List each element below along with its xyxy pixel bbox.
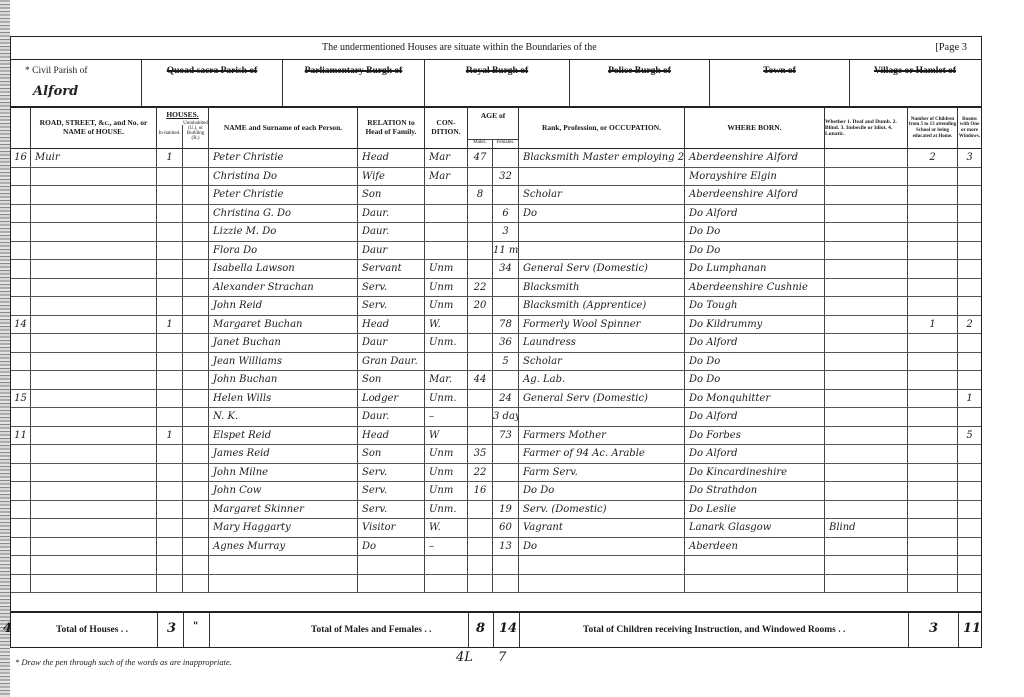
cell-relation: Visitor [358,519,425,537]
col-name-label: NAME and Surname of each Person. [224,124,342,133]
cell-uninhabited [183,168,209,186]
cell-schedule [11,297,31,315]
cell-road [31,223,157,241]
cell-age-male [468,353,493,371]
cell-occupation [519,168,685,186]
cell-condition [425,205,468,223]
cell-road [31,334,157,352]
cell-age-female: 11 mo [493,242,519,260]
boundary-police-burgh: Police Burgh of [570,60,710,106]
cell-inhabited [157,168,183,186]
cell-where-born: Do Kincardineshire [685,464,825,482]
col-occupation-label: Rank, Profession, or OCCUPATION. [542,124,661,133]
cell-condition [425,575,468,593]
cell-infirmity [825,501,908,519]
cell-infirmity [825,279,908,297]
cell-age-female [493,297,519,315]
cell-uninhabited [183,519,209,537]
scan-edge [0,0,10,697]
cell-age-male: 44 [468,371,493,389]
cell-where-born: Do Lumphanan [685,260,825,278]
census-sheet: The undermentioned Houses are situate wi… [10,36,982,648]
cell-schedule [11,260,31,278]
cell-name: Agnes Murray [209,538,358,556]
cell-relation: Daur [358,334,425,352]
cell-relation [358,575,425,593]
cell-rooms [958,334,981,352]
cell-age-male: 16 [468,482,493,500]
cell-children [908,223,958,241]
cell-rooms: 1 [958,390,981,408]
cell-name: John Buchan [209,371,358,389]
cell-rooms [958,408,981,426]
cell-inhabited [157,408,183,426]
cell-age-male [468,334,493,352]
cell-inhabited [157,223,183,241]
total-persons-label: Total of Males and Females . . [311,625,432,635]
col-infirmity-label: Whether 1. Deaf and Dumb. 2. Blind. 3. I… [825,119,907,138]
cell-condition: Unm. [425,334,468,352]
cell-road [31,464,157,482]
cell-name: Lizzie M. Do [209,223,358,241]
col-children: Number of Children from 5 to 13 attendin… [908,108,958,149]
cell-occupation: Blacksmith (Apprentice) [519,297,685,315]
col-where-born-label: WHERE BORN. [727,124,781,133]
cell-infirmity [825,464,908,482]
total-houses-inhabited: 3 [167,621,176,636]
cell-relation: Serv. [358,464,425,482]
cell-inhabited [157,556,183,574]
table-row: Flora DoDaur11 moDo Do [11,242,981,261]
col-age-females: Females. [493,139,519,149]
cell-uninhabited [183,371,209,389]
cell-condition [425,186,468,204]
cell-inhabited [157,260,183,278]
sheet-title: The undermentioned Houses are situate wi… [322,42,597,53]
cell-uninhabited [183,223,209,241]
cell-where-born: Do Kildrummy [685,316,825,334]
cell-schedule: 16 [11,149,31,167]
cell-rooms: 5 [958,427,981,445]
boundary-village: Village or Hamlet of [850,60,980,106]
total-children-label: Total of Children receiving Instruction,… [583,625,845,635]
cell-where-born: Aberdeenshire Alford [685,186,825,204]
cell-relation: Servant [358,260,425,278]
cell-relation: Do [358,538,425,556]
cell-relation: Daur. [358,205,425,223]
cell-rooms [958,260,981,278]
cell-infirmity [825,186,908,204]
col-rooms: Rooms with One or more Windows. [958,108,981,149]
cell-road [31,260,157,278]
cell-schedule [11,501,31,519]
tally-mark: 7 [498,650,506,665]
cell-infirmity [825,353,908,371]
cell-infirmity [825,445,908,463]
boundary-label: Village or Hamlet of [850,66,980,76]
cell-road: Muir [31,149,157,167]
divider [209,613,210,647]
cell-rooms [958,279,981,297]
cell-relation: Wife [358,168,425,186]
cell-rooms [958,353,981,371]
cell-road [31,575,157,593]
cell-name: James Reid [209,445,358,463]
boundary-civil-parish: * Civil Parish of Alford [11,60,142,106]
cell-uninhabited [183,427,209,445]
cell-children [908,353,958,371]
total-houses-uninhabited: " [193,621,198,632]
cell-occupation [519,408,685,426]
cell-occupation: Blacksmith Master employing 2 men [519,149,685,167]
total-margin-count: 4 [3,621,12,636]
cell-inhabited [157,334,183,352]
cell-name [209,575,358,593]
divider [908,613,909,647]
cell-rooms [958,501,981,519]
cell-occupation: Farm Serv. [519,464,685,482]
cell-age-female: 73 [493,427,519,445]
cell-schedule [11,482,31,500]
cell-relation: Daur. [358,408,425,426]
boundary-town: Town of [710,60,850,106]
cell-where-born: Do Monquhitter [685,390,825,408]
cell-schedule [11,519,31,537]
cell-children [908,519,958,537]
cell-occupation [519,242,685,260]
cell-where-born: Aberdeen [685,538,825,556]
cell-age-female: 3 days [493,408,519,426]
table-row: Isabella LawsonServantUnm34General Serv … [11,260,981,279]
cell-age-male [468,260,493,278]
cell-condition: Mar [425,168,468,186]
cell-where-born: Do Leslie [685,501,825,519]
cell-infirmity [825,575,908,593]
cell-condition [425,556,468,574]
cell-where-born: Aberdeenshire Cushnie [685,279,825,297]
cell-age-male [468,168,493,186]
cell-name: Christina G. Do [209,205,358,223]
cell-infirmity [825,149,908,167]
cell-infirmity [825,260,908,278]
cell-age-female: 13 [493,538,519,556]
cell-name: John Cow [209,482,358,500]
cell-where-born [685,556,825,574]
totals-row: 4 Total of Houses . . 3 " Total of Males… [11,611,981,647]
boundary-label: Town of [710,66,849,76]
cell-name [209,556,358,574]
cell-infirmity [825,556,908,574]
tally-mark: 4L [456,650,473,665]
cell-relation: Serv. [358,482,425,500]
col-road: ROAD, STREET, &c., and No. or NAME of HO… [31,108,157,149]
cell-condition: Unm. [425,501,468,519]
cell-infirmity [825,297,908,315]
cell-where-born: Morayshire Elgin [685,168,825,186]
total-children: 3 [929,621,938,636]
cell-children [908,371,958,389]
cell-infirmity [825,316,908,334]
cell-rooms [958,242,981,260]
cell-where-born: Do Alford [685,205,825,223]
cell-inhabited: 1 [157,316,183,334]
cell-condition: W [425,427,468,445]
cell-age-male: 22 [468,464,493,482]
cell-infirmity [825,205,908,223]
cell-inhabited [157,464,183,482]
boundary-label: Royal Burgh of [425,66,569,76]
cell-rooms [958,205,981,223]
cell-age-female: 32 [493,168,519,186]
cell-age-male [468,205,493,223]
col-infirmity: Whether 1. Deaf and Dumb. 2. Blind. 3. I… [825,108,908,149]
cell-condition: Unm [425,279,468,297]
cell-inhabited [157,242,183,260]
cell-rooms [958,575,981,593]
cell-road [31,538,157,556]
cell-uninhabited [183,205,209,223]
cell-age-male [468,427,493,445]
cell-uninhabited [183,353,209,371]
cell-where-born: Do Strathdon [685,482,825,500]
cell-condition: Unm. [425,390,468,408]
cell-occupation: Do [519,205,685,223]
cell-age-male: 35 [468,445,493,463]
cell-infirmity [825,334,908,352]
divider [519,613,520,647]
cell-schedule: 11 [11,427,31,445]
col-relation: RELATION to Head of Family. [358,108,425,149]
cell-inhabited [157,205,183,223]
cell-road [31,297,157,315]
cell-occupation: Scholar [519,186,685,204]
table-row: 16Muir1Peter ChristieHeadMar47Blacksmith… [11,149,981,168]
cell-children [908,482,958,500]
cell-name: Margaret Buchan [209,316,358,334]
cell-where-born: Do Forbes [685,427,825,445]
col-houses-inhabited: In-habited. [157,125,183,149]
cell-uninhabited [183,297,209,315]
cell-where-born: Aberdeenshire Alford [685,149,825,167]
cell-name: Alexander Strachan [209,279,358,297]
cell-infirmity [825,408,908,426]
cell-uninhabited [183,464,209,482]
cell-uninhabited [183,556,209,574]
cell-rooms [958,464,981,482]
page-number: [Page 3 [935,42,967,53]
cell-occupation: Blacksmith [519,279,685,297]
cell-condition: Unm [425,445,468,463]
cell-children [908,575,958,593]
cell-children [908,297,958,315]
cell-name: Isabella Lawson [209,260,358,278]
cell-age-female [493,482,519,500]
cell-children [908,390,958,408]
cell-road [31,316,157,334]
cell-age-female [493,575,519,593]
cell-occupation [519,223,685,241]
boundary-label: Quoad sacra Parish of [142,66,282,76]
table-row: John MilneServ.Unm22Farm Serv.Do Kincard… [11,464,981,483]
cell-uninhabited [183,482,209,500]
cell-schedule [11,205,31,223]
cell-rooms [958,371,981,389]
cell-children [908,260,958,278]
footnote: * Draw the pen through such of the words… [15,657,232,667]
cell-where-born: Do Do [685,242,825,260]
cell-occupation: Ag. Lab. [519,371,685,389]
col-where-born: WHERE BORN. [685,108,825,149]
cell-where-born: Do Alford [685,445,825,463]
cell-where-born: Lanark Glasgow [685,519,825,537]
cell-condition [425,353,468,371]
cell-name: Jean Williams [209,353,358,371]
cell-name: Christina Do [209,168,358,186]
cell-name: Janet Buchan [209,334,358,352]
cell-occupation: Formerly Wool Spinner [519,316,685,334]
cell-name: Margaret Skinner [209,501,358,519]
cell-name: Flora Do [209,242,358,260]
boundary-label: * Civil Parish of [25,66,141,76]
cell-road [31,353,157,371]
cell-age-female: 60 [493,519,519,537]
table-row: Agnes MurrayDo–13DoAberdeen [11,538,981,557]
cell-where-born: Do Do [685,371,825,389]
cell-age-female: 3 [493,223,519,241]
cell-age-female: 78 [493,316,519,334]
cell-age-female: 5 [493,353,519,371]
table-row: John BuchanSonMar.44Ag. Lab.Do Do [11,371,981,390]
cell-road [31,168,157,186]
cell-age-female: 19 [493,501,519,519]
cell-age-female [493,464,519,482]
total-females: 14 [499,621,517,636]
cell-name: Helen Wills [209,390,358,408]
cell-schedule [11,371,31,389]
cell-road [31,186,157,204]
cell-name: John Milne [209,464,358,482]
cell-children [908,334,958,352]
cell-uninhabited [183,260,209,278]
col-age-males: Males. [468,139,493,149]
cell-children [908,186,958,204]
cell-infirmity [825,168,908,186]
boundary-quoad-sacra: Quoad sacra Parish of [142,60,283,106]
cell-occupation: Do Do [519,482,685,500]
cell-age-male [468,501,493,519]
cell-rooms [958,538,981,556]
total-males: 8 [476,621,485,636]
cell-schedule: 15 [11,390,31,408]
table-row: Alexander StrachanServ.Unm22BlacksmithAb… [11,279,981,298]
cell-inhabited [157,575,183,593]
cell-age-male [468,316,493,334]
cell-rooms [958,445,981,463]
col-relation-label: RELATION to Head of Family. [358,119,424,136]
table-row: Peter ChristieSon8ScholarAberdeenshire A… [11,186,981,205]
col-schedule [11,108,31,149]
cell-inhabited: 1 [157,427,183,445]
cell-rooms [958,297,981,315]
cell-name: Peter Christie [209,149,358,167]
cell-relation: Gran Daur. [358,353,425,371]
cell-where-born: Do Tough [685,297,825,315]
col-road-label: ROAD, STREET, &c., and No. or NAME of HO… [31,119,156,136]
boundary-royal-burgh: Royal Burgh of [425,60,570,106]
cell-inhabited [157,353,183,371]
cell-infirmity: Blind [825,519,908,537]
cell-inhabited [157,501,183,519]
cell-children [908,427,958,445]
cell-infirmity [825,538,908,556]
cell-schedule [11,538,31,556]
cell-name: Elspet Reid [209,427,358,445]
cell-condition [425,223,468,241]
table-row: Janet BuchanDaurUnm.36LaundressDo Alford [11,334,981,353]
cell-where-born: Do Alford [685,408,825,426]
cell-schedule [11,556,31,574]
cell-age-male [468,242,493,260]
cell-name: John Reid [209,297,358,315]
cell-uninhabited [183,538,209,556]
cell-inhabited [157,538,183,556]
cell-occupation: Vagrant [519,519,685,537]
cell-occupation: General Serv (Domestic) [519,390,685,408]
cell-where-born: Do Do [685,353,825,371]
cell-age-male: 20 [468,297,493,315]
cell-children [908,205,958,223]
cell-schedule [11,168,31,186]
cell-uninhabited [183,279,209,297]
cell-occupation: Laundress [519,334,685,352]
divider [468,613,469,647]
cell-age-female: 34 [493,260,519,278]
cell-road [31,371,157,389]
cell-inhabited [157,297,183,315]
col-houses-uninhabited: Uninhabited (U.), or Building (B.) [183,121,209,149]
cell-age-male [468,575,493,593]
cell-schedule [11,575,31,593]
cell-occupation: Scholar [519,353,685,371]
col-children-label: Number of Children from 5 to 13 attendin… [908,117,957,140]
cell-name: N. K. [209,408,358,426]
cell-road [31,482,157,500]
cell-age-male [468,223,493,241]
cell-road [31,390,157,408]
cell-children [908,408,958,426]
cell-children [908,242,958,260]
col-rooms-label: Rooms with One or more Windows. [958,117,981,140]
cell-relation: Serv. [358,279,425,297]
cell-condition: W. [425,519,468,537]
cell-children [908,501,958,519]
cell-relation [358,556,425,574]
cell-children [908,556,958,574]
cell-rooms [958,556,981,574]
cell-schedule [11,186,31,204]
table-row: 15Helen WillsLodgerUnm.24General Serv (D… [11,390,981,409]
boundaries-row: * Civil Parish of Alford Quoad sacra Par… [11,60,981,108]
table-row: Lizzie M. DoDaur.3Do Do [11,223,981,242]
cell-uninhabited [183,334,209,352]
cell-inhabited [157,482,183,500]
cell-where-born: Do Alford [685,334,825,352]
cell-condition [425,242,468,260]
col-houses-label: HOUSES. [166,111,198,120]
cell-condition: W. [425,316,468,334]
cell-road [31,501,157,519]
title-row: The undermentioned Houses are situate wi… [11,37,981,60]
